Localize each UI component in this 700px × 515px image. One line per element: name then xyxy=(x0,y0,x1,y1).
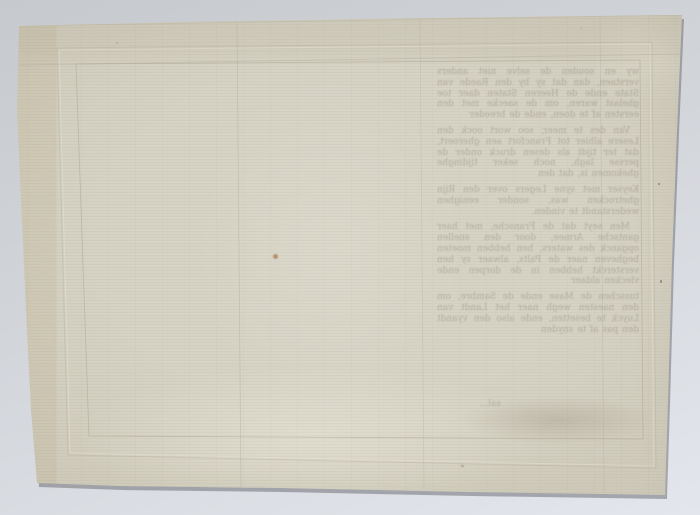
paper-sheet: wy en souden de selve niet anders versta… xyxy=(0,0,700,515)
photo-backdrop: wy en souden de selve niet anders versta… xyxy=(0,0,700,515)
paper-edge-shading xyxy=(0,0,700,515)
